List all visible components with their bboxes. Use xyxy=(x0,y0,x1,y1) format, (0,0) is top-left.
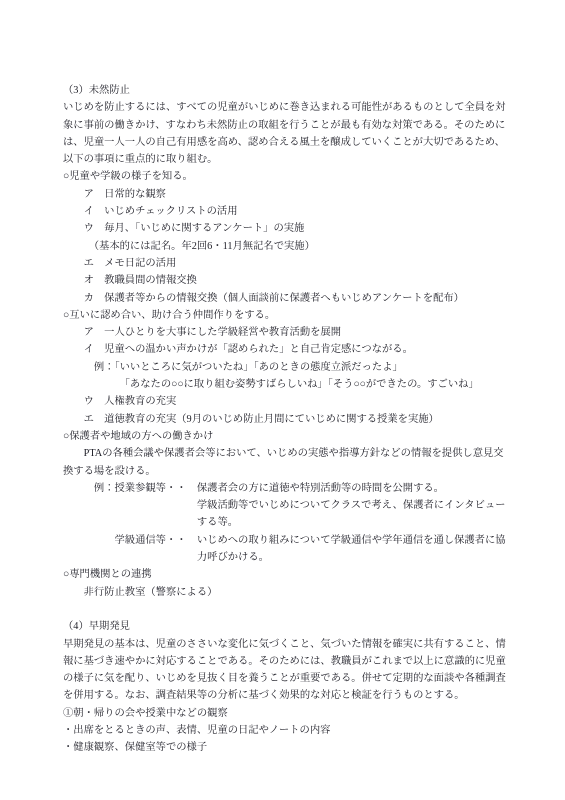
numbered-heading: ①朝・帰りの会や授業中などの観察 xyxy=(63,705,565,722)
paragraph-line: の様子に気を配り、いじめを見抜く目を養うことが重要である。併せて定期的な面談や各… xyxy=(63,670,565,687)
bullet-item: ・健康観察、保健室等での様子 xyxy=(63,739,565,756)
paragraph-line: は、児童一人一人の自己有用感を高め、認め合える風土を醸成していくことが大切である… xyxy=(63,134,565,151)
paragraph-line: 象に事前の働きかけ、すなわち未然防止の取組を行うことが最も有効な対策である。その… xyxy=(63,117,565,134)
list-item: エ メモ日記の活用 xyxy=(63,255,565,272)
example-line: 学級活動等でいじめについてクラスで考え、保護者にインタビュー xyxy=(63,497,565,514)
section-heading-4: （4）早期発見 xyxy=(63,618,565,635)
blank-line xyxy=(63,601,565,618)
list-item: ア 日常的な観察 xyxy=(63,186,565,203)
bullet-heading: ○互いに認め合い、助け合う仲間作りをする。 xyxy=(63,307,565,324)
bullet-heading: ○専門機関との連携 xyxy=(63,566,565,583)
paragraph-line: 以下の事項に重点的に取り組む。 xyxy=(63,151,565,168)
list-item: ウ 人権教育の充実 xyxy=(63,393,565,410)
document-text-block: （3）未然防止 いじめを防止するには、すべての児童がいじめに巻き込まれる可能性が… xyxy=(63,82,565,757)
list-item: ウ 毎月、「いじめに関するアンケート」の実施 xyxy=(63,220,565,237)
list-item: 非行防止教室（警察による） xyxy=(63,584,565,601)
paragraph-line: いじめを防止するには、すべての児童がいじめに巻き込まれる可能性があるものとして全… xyxy=(63,99,565,116)
list-item: カ 保護者等からの情報交換（個人面談前に保護者へもいじめアンケートを配布） xyxy=(63,290,565,307)
list-item: ア 一人ひとりを大事にした学級経営や教育活動を展開 xyxy=(63,324,565,341)
paragraph-line: PTAの各種会議や保護者会等において、いじめの実態や指導方針などの情報を提供し意… xyxy=(63,445,565,462)
example-line: 例：「いいところに気がついたね」「あのときの態度立派だったよ」 xyxy=(63,359,565,376)
paragraph-line: 報に基づき速やかに対応することである。そのためには、教職員がこれまで以上に意識的… xyxy=(63,653,565,670)
list-item-note: （基本的には記名。年2回6・11月無記名で実施） xyxy=(63,238,565,255)
bullet-heading: ○児童や学級の様子を知る。 xyxy=(63,168,565,185)
paragraph-line: を併用する。なお、調査結果等の分析に基づく効果的な対応と検証を行うものとする。 xyxy=(63,687,565,704)
example-line: 力呼びかける。 xyxy=(63,549,565,566)
section-heading-3: （3）未然防止 xyxy=(63,82,565,99)
document-page: { "page": { "background": "#ffffff", "te… xyxy=(0,0,565,800)
list-item: エ 道徳教育の充実（9月のいじめ防止月間にていじめに関する授業を実施） xyxy=(63,411,565,428)
example-line: 「あなたの○○に取り組む姿勢すばらしいね」「そう○○ができたの。すごいね」 xyxy=(63,376,565,393)
paragraph-line: 早期発見の基本は、児童のささいな変化に気づくこと、気づいた情報を確実に共有するこ… xyxy=(63,636,565,653)
list-item: イ 児童への温かい声かけが「認められた」と自己肯定感につながる。 xyxy=(63,341,565,358)
example-line: 学級通信等・・ いじめへの取り組みについて学級通信や学年通信を通し保護者に協 xyxy=(63,532,565,549)
list-item: イ いじめチェックリストの活用 xyxy=(63,203,565,220)
bullet-heading: ○保護者や地域の方への働きかけ xyxy=(63,428,565,445)
example-line: する等。 xyxy=(63,514,565,531)
bullet-item: ・出席をとるときの声、表情、児童の日記やノートの内容 xyxy=(63,722,565,739)
example-line: 例：授業参観等・・ 保護者会の方に道徳や特別活動等の時間を公開する。 xyxy=(63,480,565,497)
list-item: オ 教職員間の情報交換 xyxy=(63,272,565,289)
paragraph-line: 換する場を設ける。 xyxy=(63,463,565,480)
